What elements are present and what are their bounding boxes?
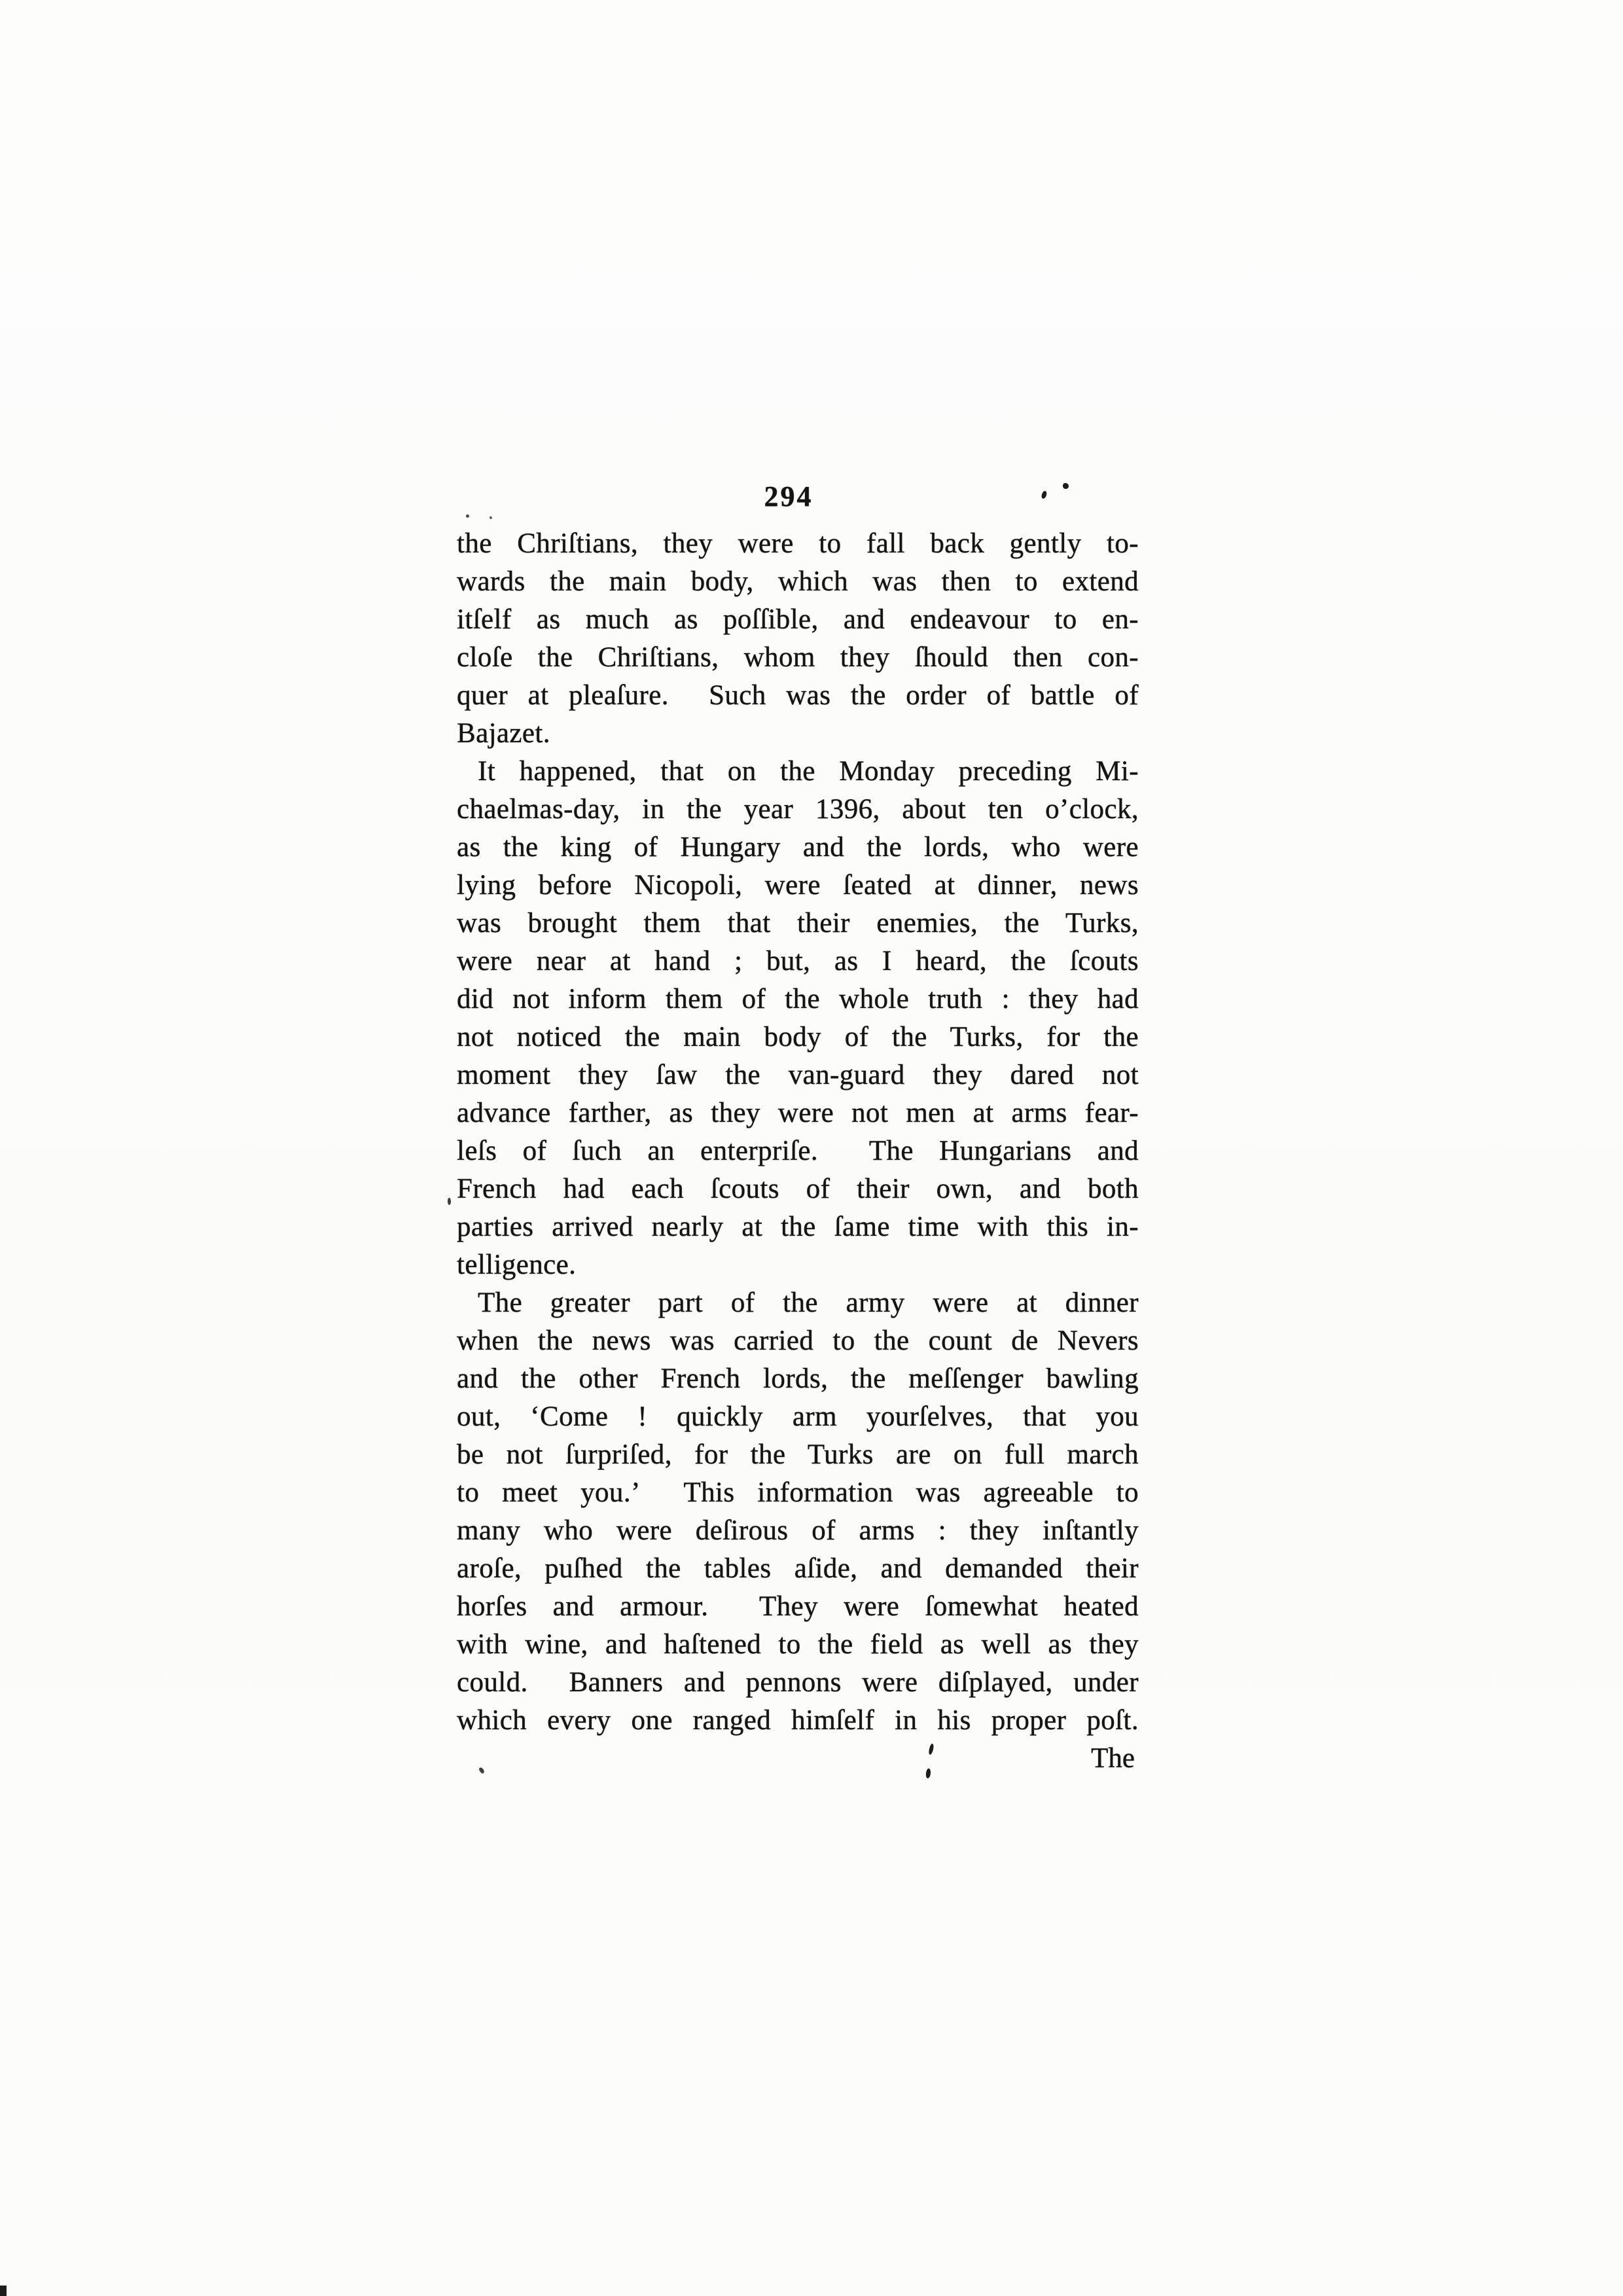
text-line: were near at hand ; but, as I heard, the… xyxy=(457,942,1139,980)
text-line: when the news was carried to the count d… xyxy=(457,1322,1139,1360)
text-line: wards the main body, which was then to e… xyxy=(457,563,1139,601)
text-line: It happened, that on the Monday precedin… xyxy=(457,753,1139,791)
text-line: The greater part of the army were at din… xyxy=(457,1284,1139,1322)
catchword: The xyxy=(457,1740,1135,1778)
text-block: the Chriſtians, they were to fall back g… xyxy=(457,525,1139,1740)
scan-corner-mark xyxy=(0,2286,7,2296)
text-line: advance farther, as they were not men at… xyxy=(457,1094,1139,1132)
text-line: could. Banners and pennons were diſplaye… xyxy=(457,1664,1139,1702)
scan-speck xyxy=(466,514,469,518)
text-line: was brought them that their enemies, the… xyxy=(457,905,1139,942)
text-line: did not inform them of the whole truth :… xyxy=(457,980,1139,1018)
text-line: quer at pleaſure. Such was the order of … xyxy=(457,677,1139,715)
text-line: be not ſurpriſed, for the Turks are on f… xyxy=(457,1436,1139,1474)
text-line: telligence. xyxy=(457,1246,1139,1284)
text-line: lying before Nicopoli, were ſeated at di… xyxy=(457,867,1139,905)
text-line: chaelmas-day, in the year 1396, about te… xyxy=(457,791,1139,829)
scanned-page: 294 the Chriſtians, they were to fall ba… xyxy=(0,0,1623,2296)
text-line: cloſe the Chriſtians, whom they ſhould t… xyxy=(457,639,1139,677)
text-line: as the king of Hungary and the lords, wh… xyxy=(457,829,1139,867)
scan-speck xyxy=(1063,483,1069,489)
scan-speck xyxy=(448,1198,451,1205)
text-line: out, ‘Come ! quickly arm yourſelves, tha… xyxy=(457,1398,1139,1436)
text-line: horſes and armour. They were ſomewhat he… xyxy=(457,1588,1139,1626)
text-line: parties arrived nearly at the ſame time … xyxy=(457,1208,1139,1246)
text-line: with wine, and haſtened to the field as … xyxy=(457,1626,1139,1664)
text-line: aroſe, puſhed the tables aſide, and dema… xyxy=(457,1550,1139,1588)
text-line: to meet you.’ This information was agree… xyxy=(457,1474,1139,1512)
text-line: the Chriſtians, they were to fall back g… xyxy=(457,525,1139,563)
text-line: and the other French lords, the meſſenge… xyxy=(457,1360,1139,1398)
text-line: itſelf as much as poſſible, and endeavou… xyxy=(457,601,1139,639)
text-line: moment they ſaw the van-guard they dared… xyxy=(457,1056,1139,1094)
text-line: French had each ſcouts of their own, and… xyxy=(457,1170,1139,1208)
page-number: 294 xyxy=(452,480,1126,513)
text-line: which every one ranged himſelf in his pr… xyxy=(457,1702,1139,1740)
text-line: leſs of ſuch an enterpriſe. The Hungaria… xyxy=(457,1132,1139,1170)
text-line: many who were deſirous of arms : they in… xyxy=(457,1512,1139,1550)
text-line: Bajazet. xyxy=(457,715,1139,753)
scan-speck xyxy=(490,516,492,519)
text-line: not noticed the main body of the Turks, … xyxy=(457,1018,1139,1056)
